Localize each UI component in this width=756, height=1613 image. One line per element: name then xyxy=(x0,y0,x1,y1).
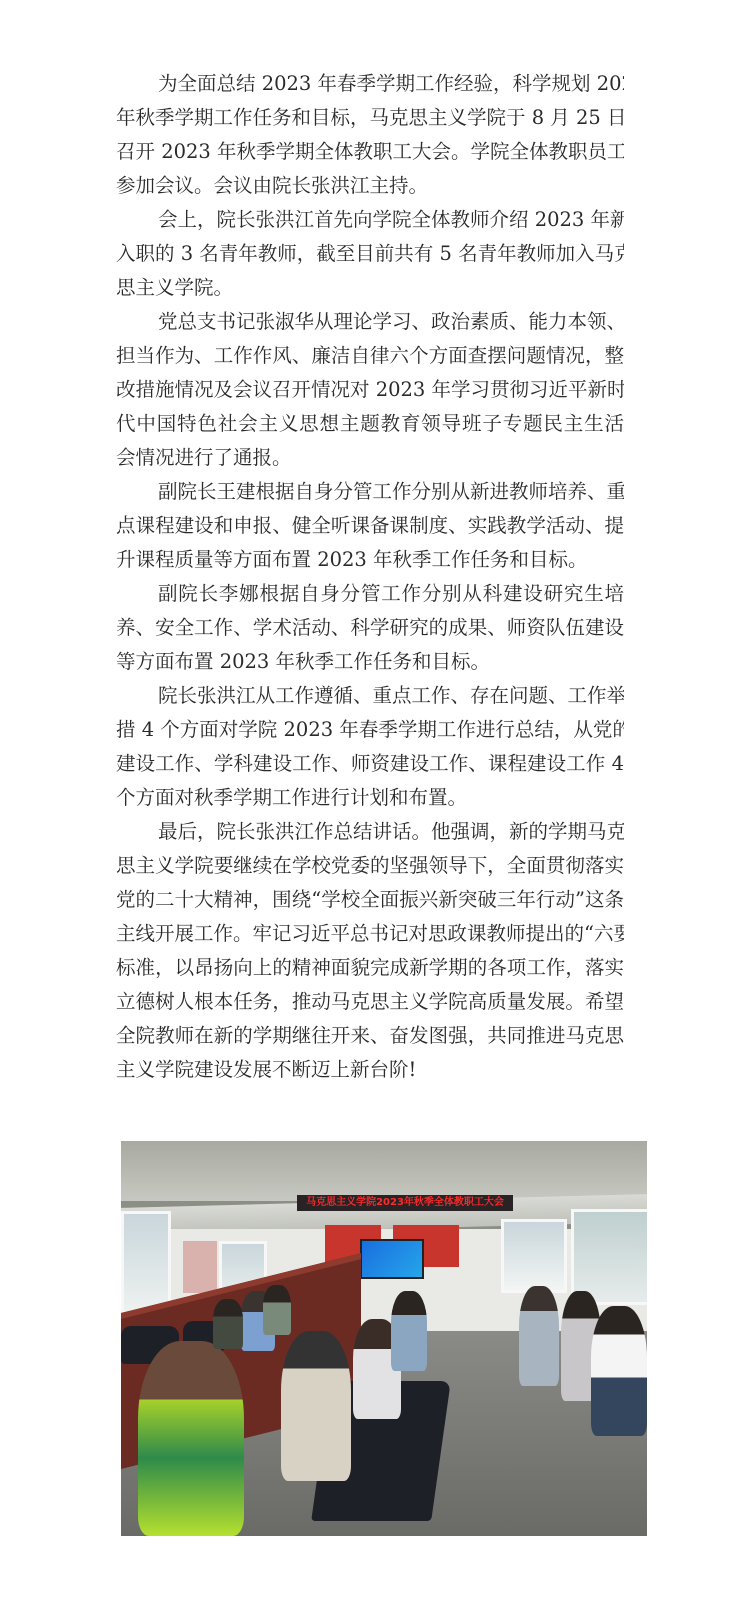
text-line: 召开 2023 年秋季学期全体教职工大会。学院全体教职员工 xyxy=(116,135,624,169)
meeting-photo: 马克思主义学院2023年秋季全体教职工大会 xyxy=(121,1141,647,1536)
text-line: 主线开展工作。牢记习近平总书记对思政课教师提出的“六要” xyxy=(116,917,624,951)
text-line: 思主义学院。 xyxy=(116,271,624,305)
text-line: 会情况进行了通报。 xyxy=(116,441,624,475)
paragraph-vice-dean-wang: 副院长王建根据自身分管工作分别从新进教师培养、重 点课程建设和申报、健全听课备课… xyxy=(116,475,624,577)
paragraph-intro: 为全面总结 2023 年春季学期工作经验，科学规划 2023 年秋季学期工作任务… xyxy=(116,67,624,203)
text-line: 点课程建设和申报、健全听课备课制度、实践教学活动、提 xyxy=(116,509,624,543)
text-line: 主义学院建设发展不断迈上新台阶! xyxy=(116,1053,624,1087)
photo-person xyxy=(391,1291,427,1371)
text-line: 代中国特色社会主义思想主题教育领导班子专题民主生活 xyxy=(116,407,624,441)
text-line: 担当作为、工作作风、廉洁自律六个方面查摆问题情况，整 xyxy=(116,339,624,373)
photo-person-vest xyxy=(281,1331,351,1481)
photo-ceiling xyxy=(121,1141,647,1201)
photo-person xyxy=(519,1286,559,1386)
paragraph-dean-summary: 院长张洪江从工作遵循、重点工作、存在问题、工作举 措 4 个方面对学院 2023… xyxy=(116,679,624,815)
text-line: 入职的 3 名青年教师，截至目前共有 5 名青年教师加入马克 xyxy=(116,237,624,271)
text-line: 改措施情况及会议召开情况对 2023 年学习贯彻习近平新时 xyxy=(116,373,624,407)
paragraph-new-teachers: 会上，院长张洪江首先向学院全体教师介绍 2023 年新 入职的 3 名青年教师，… xyxy=(116,203,624,305)
text-line: 思主义学院要继续在学校党委的坚强领导下，全面贯彻落实 xyxy=(116,849,624,883)
text-line: 养、安全工作、学术活动、科学研究的成果、师资队伍建设 xyxy=(116,611,624,645)
text-line: 升课程质量等方面布置 2023 年秋季工作任务和目标。 xyxy=(116,543,624,577)
paragraph-vice-dean-li: 副院长李娜根据自身分管工作分别从科建设研究生培 养、安全工作、学术活动、科学研究… xyxy=(116,577,624,679)
photo-person xyxy=(263,1285,291,1335)
text-line: 副院长李娜根据自身分管工作分别从科建设研究生培 xyxy=(116,577,624,611)
text-line: 个方面对秋季学期工作进行计划和布置。 xyxy=(116,781,624,815)
text-line: 立德树人根本任务，推动马克思主义学院高质量发展。希望 xyxy=(116,985,624,1019)
text-line: 年秋季学期工作任务和目标，马克思主义学院于 8 月 25 日 xyxy=(116,101,624,135)
text-line: 参加会议。会议由院长张洪江主持。 xyxy=(116,169,624,203)
photo-notice-board xyxy=(183,1241,217,1293)
paragraph-party-secretary: 党总支书记张淑华从理论学习、政治素质、能力本领、 担当作为、工作作风、廉洁自律六… xyxy=(116,305,624,475)
photo-banner: 马克思主义学院2023年秋季全体教职工大会 xyxy=(297,1195,513,1211)
text-line: 院长张洪江从工作遵循、重点工作、存在问题、工作举 xyxy=(116,679,624,713)
text-line: 等方面布置 2023 年秋季工作任务和目标。 xyxy=(116,645,624,679)
text-line: 为全面总结 2023 年春季学期工作经验，科学规划 2023 xyxy=(116,67,624,101)
photo-person xyxy=(213,1299,243,1349)
photo-person-white-shirt xyxy=(591,1306,647,1436)
photo-window-right xyxy=(501,1219,567,1293)
text-line: 建设工作、学科建设工作、师资建设工作、课程建设工作 4 xyxy=(116,747,624,781)
text-line: 最后，院长张洪江作总结讲话。他强调，新的学期马克 xyxy=(116,815,624,849)
paragraph-closing-speech: 最后，院长张洪江作总结讲话。他强调，新的学期马克 思主义学院要继续在学校党委的坚… xyxy=(116,815,624,1087)
text-line: 党的二十大精神，围绕“学校全面振兴新突破三年行动”这条 xyxy=(116,883,624,917)
photo-tv-screen xyxy=(360,1239,424,1279)
article-body: 为全面总结 2023 年春季学期工作经验，科学规划 2023 年秋季学期工作任务… xyxy=(116,67,624,1087)
text-line: 标准，以昂扬向上的精神面貌完成新学期的各项工作，落实 xyxy=(116,951,624,985)
text-line: 会上，院长张洪江首先向学院全体教师介绍 2023 年新 xyxy=(116,203,624,237)
photo-person-green-shirt xyxy=(138,1341,244,1536)
text-line: 措 4 个方面对学院 2023 年春季学期工作进行总结，从党的 xyxy=(116,713,624,747)
text-line: 全院教师在新的学期继往开来、奋发图强，共同推进马克思 xyxy=(116,1019,624,1053)
text-line: 党总支书记张淑华从理论学习、政治素质、能力本领、 xyxy=(116,305,624,339)
text-line: 副院长王建根据自身分管工作分别从新进教师培养、重 xyxy=(116,475,624,509)
